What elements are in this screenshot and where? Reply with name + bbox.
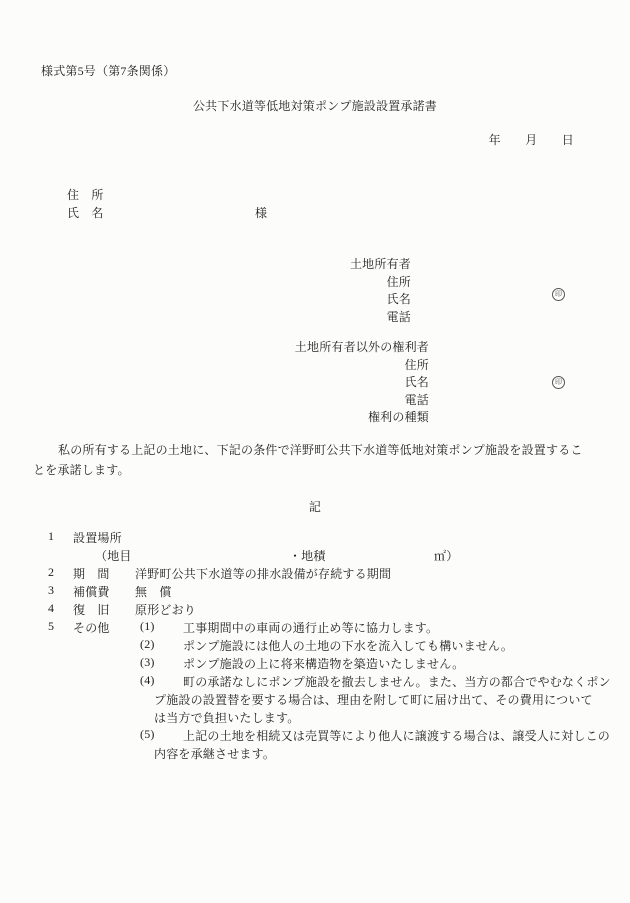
landowner-header: 土地所有者: [0, 256, 411, 274]
land-category-label: （地目: [95, 547, 132, 564]
item-value: 原形どおり: [135, 601, 196, 618]
consent-paragraph-line2: とを承諾します。: [33, 461, 130, 478]
addressee-address-label: 住 所: [67, 186, 104, 203]
landowner-address-label: 住所: [0, 274, 411, 292]
other-rights-holder-name-label: 氏名: [0, 374, 429, 392]
landowner-seal-icon: 印: [552, 288, 565, 301]
sub-item-text: 上記の土地を相続又は売買等により他人に譲渡する場合は、譲受人に対しこの: [183, 727, 610, 744]
other-rights-holder-rights-type-label: 権利の種類: [0, 409, 429, 427]
item-label: 復 旧: [73, 601, 110, 618]
condition-item-5-sub-3: (3) ポンプ施設の上に将来構造物を築造いたしません。: [0, 655, 630, 673]
landowner-block: 土地所有者 住所 氏名 電話: [0, 256, 411, 326]
sub-item-text: は当方で負担いたします。: [154, 709, 299, 726]
item-number: 3: [48, 583, 54, 598]
date-line: 年 月 日: [489, 131, 574, 148]
condition-item-5-sub-5: (5) 上記の土地を相続又は売買等により他人に譲渡する場合は、譲受人に対しこの: [0, 727, 630, 745]
condition-item-5-sub-2: (2) ポンプ施設には他人の土地の下水を流入しても構いません。: [0, 637, 630, 655]
landowner-phone-label: 電話: [0, 309, 411, 327]
condition-item-1-detail: （地目 ・地積 ㎡）: [0, 547, 630, 565]
consent-paragraph-line1: 私の所有する上記の土地に、下記の条件で洋野町公共下水道等低地対策ポンプ施設を設置…: [58, 441, 583, 458]
other-rights-holder-seal-icon: 印: [552, 376, 565, 389]
item-number: 1: [48, 529, 54, 544]
condition-item-5-sub-4-cont: プ施設の設置替を要する場合は、理由を附して町に届け出て、その費用について: [0, 691, 630, 709]
condition-item-5-sub-4: (4) 町の承諾なしにポンプ施設を撤去しません。また、当方の都合でやむなくポン: [0, 673, 630, 691]
item-label: 期 間: [73, 565, 110, 582]
sub-item-text: 町の承諾なしにポンプ施設を撤去しません。また、当方の都合でやむなくポン: [183, 673, 611, 690]
document-title: 公共下水道等低地対策ポンプ施設設置承諾書: [0, 97, 630, 114]
other-rights-holder-header: 土地所有者以外の権利者: [0, 339, 429, 357]
condition-item-4: 4 復 旧 原形どおり: [0, 601, 630, 619]
sub-item-text: プ施設の設置替を要する場合は、理由を附して町に届け出て、その費用について: [154, 691, 593, 708]
item-number: 4: [48, 601, 54, 616]
document-page: 様式第5号（第7条関係） 公共下水道等低地対策ポンプ施設設置承諾書 年 月 日 …: [0, 0, 630, 903]
land-area-label: ・地積: [289, 547, 326, 564]
sub-item-text: ポンプ施設の上に将来構造物を築造いたしません。: [183, 655, 464, 672]
sub-item-marker: (4): [140, 673, 155, 688]
sub-item-text: ポンプ施設には他人の土地の下水を流入しても構いません。: [183, 637, 513, 654]
condition-item-5: 5 その他 (1) 工事期間中の車両の通行止め等に協力します。: [0, 619, 630, 637]
landowner-name-label: 氏名: [0, 291, 411, 309]
sub-item-marker: (5): [140, 727, 155, 742]
addressee-honorific: 様: [255, 204, 267, 221]
sub-item-text: 内容を承継させます。: [154, 745, 275, 762]
form-number: 様式第5号（第7条関係）: [41, 62, 175, 79]
condition-item-1: 1 設置場所: [0, 529, 630, 547]
item-number: 5: [48, 619, 54, 634]
sub-item-marker: (1): [140, 619, 155, 634]
section-heading: 記: [0, 498, 630, 515]
other-rights-holder-phone-label: 電話: [0, 392, 429, 410]
item-number: 2: [48, 565, 54, 580]
condition-item-5-sub-5-cont: 内容を承継させます。: [0, 745, 630, 763]
addressee-name-label: 氏 名: [67, 204, 104, 221]
item-value: 洋野町公共下水道等の排水設備が存続する期間: [135, 565, 391, 582]
item-label: 設置場所: [73, 529, 122, 546]
area-unit-label: ㎡）: [434, 547, 458, 564]
item-label: 補償費: [73, 583, 110, 600]
condition-item-2: 2 期 間 洋野町公共下水道等の排水設備が存続する期間: [0, 565, 630, 583]
other-rights-holder-address-label: 住所: [0, 357, 429, 375]
item-label: その他: [73, 619, 110, 636]
sub-item-marker: (3): [140, 655, 155, 670]
item-value: 無 償: [135, 583, 172, 600]
condition-item-3: 3 補償費 無 償: [0, 583, 630, 601]
sub-item-marker: (2): [140, 637, 155, 652]
other-rights-holder-block: 土地所有者以外の権利者 住所 氏名 電話 権利の種類: [0, 339, 429, 427]
condition-item-5-sub-4-cont: は当方で負担いたします。: [0, 709, 630, 727]
sub-item-text: 工事期間中の車両の通行止め等に協力します。: [183, 619, 438, 636]
